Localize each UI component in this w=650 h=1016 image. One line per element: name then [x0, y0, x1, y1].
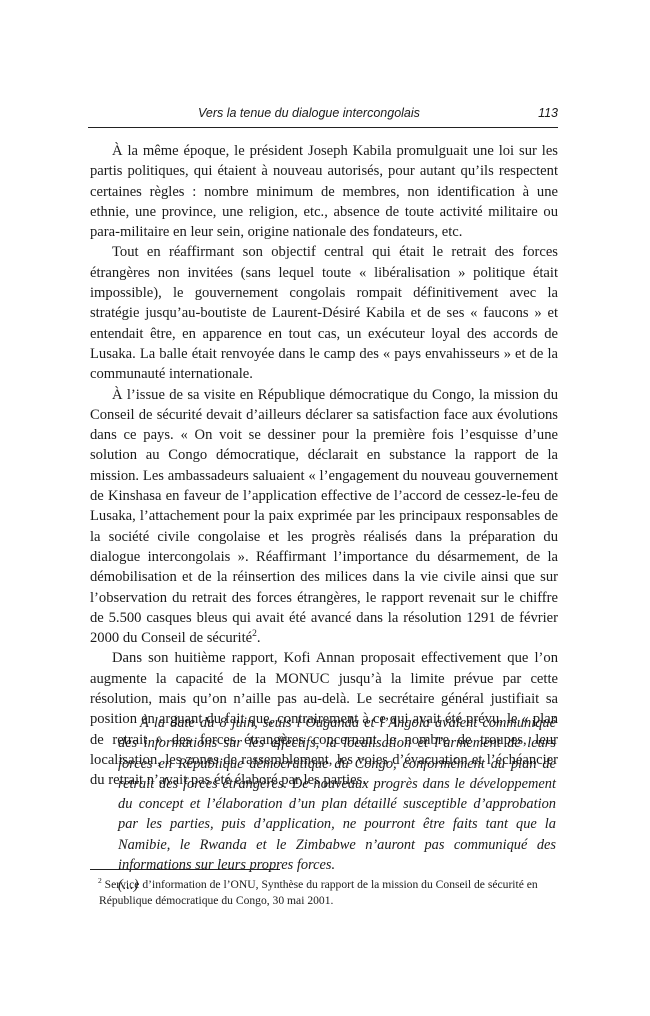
running-head: Vers la tenue du dialogue intercongolais… — [88, 106, 558, 124]
book-page: Vers la tenue du dialogue intercongolais… — [0, 0, 650, 1016]
header-rule — [88, 127, 558, 128]
paragraph: À l’issue de sa visite en République dém… — [90, 385, 558, 649]
body-text: À la même époque, le président Joseph Ka… — [90, 141, 558, 791]
running-title: Vers la tenue du dialogue intercongolais — [198, 106, 420, 120]
footnotes: 2 Service d’information de l’ONU, Synthè… — [90, 877, 570, 909]
footnote-number: 2 — [98, 876, 102, 885]
footnote-text: Service d’information de l’ONU, Synthèse… — [99, 878, 538, 907]
quote-text: À la date du 8 juin, seuls l’Ouganda et … — [118, 713, 556, 875]
paragraph-end: . — [257, 630, 261, 646]
footnote-rule — [90, 869, 280, 870]
footnote: 2 Service d’information de l’ONU, Synthè… — [90, 877, 570, 909]
paragraph: Tout en réaffirmant son objectif central… — [90, 242, 558, 384]
paragraph-text: Tout en réaffirmant son objectif central… — [90, 244, 558, 382]
page-number: 113 — [538, 106, 558, 120]
paragraph-text: À l’issue de sa visite en République dém… — [90, 387, 558, 647]
paragraph: À la même époque, le président Joseph Ka… — [90, 141, 558, 242]
